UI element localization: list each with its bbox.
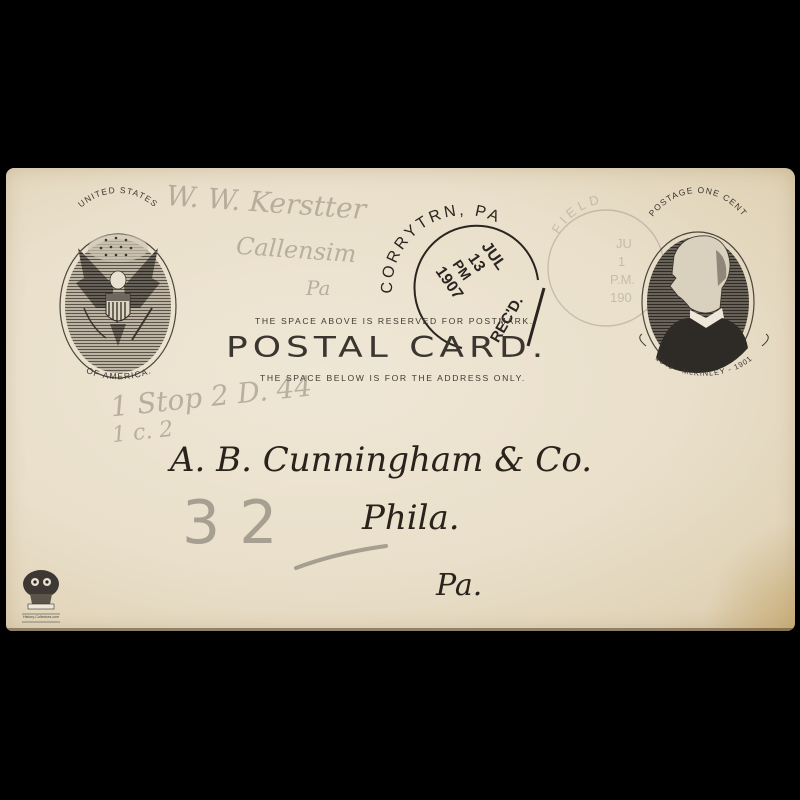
svg-text:POSTAGE ONE CENT: POSTAGE ONE CENT bbox=[647, 185, 750, 218]
postal-card: UNITED STATES OF AMERICA. FIELD JU 1 P.M… bbox=[6, 168, 795, 631]
pencil-number: 3 2 bbox=[182, 488, 277, 558]
watermark: History-Collectors.com bbox=[16, 564, 66, 628]
eagle-emblem: UNITED STATES OF AMERICA. bbox=[60, 185, 176, 381]
card-title: POSTAL CARD. bbox=[226, 332, 548, 364]
mckinley-stamp: POSTAGE ONE CENT 1843 - McKINLEY - 1901 bbox=[640, 185, 769, 378]
svg-text:P.M.: P.M. bbox=[610, 272, 635, 287]
address-line-1: A. B. Cunningham & Co. bbox=[170, 440, 592, 480]
address-line-3: Pa. bbox=[436, 568, 482, 603]
svg-text:FIELD: FIELD bbox=[548, 191, 604, 236]
faint-postmark: FIELD JU 1 P.M. 190 bbox=[548, 191, 664, 326]
sender-line-3: Pa bbox=[306, 276, 330, 300]
postmark: CORRYTRN, PA JUL 13 PM 1907 REC'D. bbox=[379, 202, 544, 348]
svg-text:UNITED STATES: UNITED STATES bbox=[76, 185, 160, 209]
watermark-text: History-Collectors.com bbox=[23, 615, 59, 619]
caption-above: THE SPACE ABOVE IS RESERVED FOR POSTMARK… bbox=[255, 316, 534, 326]
svg-text:190: 190 bbox=[610, 290, 632, 305]
svg-text:1: 1 bbox=[618, 254, 625, 269]
svg-text:JU: JU bbox=[616, 236, 632, 251]
address-line-2: Phila. bbox=[362, 498, 460, 538]
